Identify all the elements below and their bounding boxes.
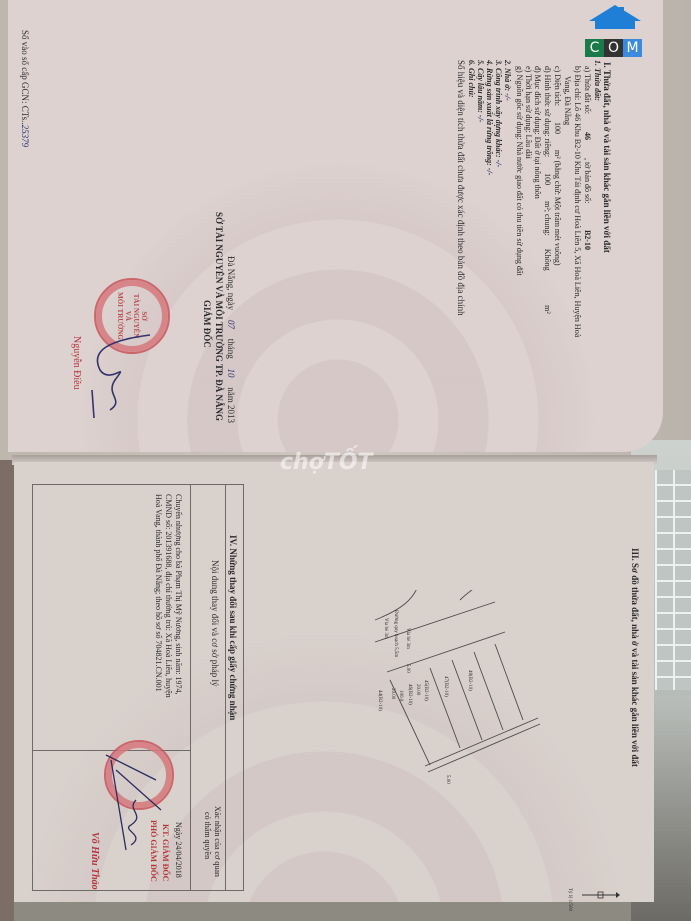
serial-number: Số vào sổ cấp GCN: CTs..25379 — [19, 30, 30, 147]
col-header-content: Nội dung thay đổi và cơ sở pháp lý — [209, 560, 220, 687]
term-label: e) Thời hạn sử dụng: — [524, 66, 533, 133]
term-value: Lâu dài — [524, 135, 533, 159]
area-label: c) Diện tích: — [553, 66, 562, 106]
item4-forest: 4. Rừng sản xuất là rừng trồng: -/- — [484, 60, 494, 175]
area-line: c) Diện tích: 100 m² (bằng chữ: Một trăm… — [552, 66, 562, 266]
usage-unit: m² — [542, 284, 552, 314]
parcel-label-46: 46(B2-10) — [407, 684, 412, 705]
usage-shared-label: m²; chung: — [543, 201, 552, 236]
serial-value: 25379 — [20, 125, 30, 148]
tinbds-logo: C O M — [585, 5, 645, 57]
signer-position: GIÁM ĐỐC — [201, 300, 212, 348]
house-roof-icon — [589, 5, 641, 21]
origin-value: Nhà nước giao đất có thu tiền sử dụng đấ… — [515, 142, 524, 276]
purpose-value: Đất ở tại nông thôn — [533, 137, 542, 199]
parcel-dim-20b: 20.00 — [415, 684, 420, 695]
logo-letter-o: O — [604, 39, 623, 57]
usage-form-line: d) Hình thức sử dụng: riêng: 100 m²; chu… — [542, 66, 552, 314]
logo-com-text: C O M — [585, 39, 642, 57]
origin-label: g) Nguồn gốc sử dụng: — [515, 66, 524, 140]
col-header-confirm-1: Xác nhận của cơ quan — [212, 806, 222, 877]
parcel-label-47: 47(B2-10) — [443, 676, 448, 697]
item3-value: -/- — [494, 160, 503, 168]
parcel-label-45: 45(B2-10) — [423, 680, 428, 701]
parcel-area: 100.0 — [398, 690, 403, 701]
logo-letter-c: C — [585, 39, 604, 57]
usage-form-label: d) Hình thức sử dụng: riêng: — [543, 66, 552, 157]
origin-line: g) Nguồn gốc sử dụng: Nhà nước giao đất … — [514, 66, 524, 276]
section-i-title: I. Thửa đất, nhà ở và tài sản khác gắn l… — [601, 62, 612, 253]
purpose-line: đ) Mục đích sử dụng: Đất ở tại nông thôn — [532, 66, 542, 199]
section-i-note: Số hiệu và diện tích thửa đất chưa được … — [455, 60, 466, 316]
north-arrow-icon — [580, 885, 620, 905]
item5-label: 5. Cây lâu năm: — [476, 60, 485, 113]
parcel-label-44: 44(B2-10) — [377, 690, 382, 711]
address-label: b) Địa chỉ: — [573, 66, 582, 100]
confirm-signer: Võ Hữu Thảo — [89, 832, 100, 890]
change-entry-line1: Chuyển nhượng cho bà Phạm Thị Mỹ Nương, … — [173, 494, 183, 695]
map-sheet-label: , tờ bản đồ số: — [582, 158, 592, 228]
chimney-icon — [619, 7, 624, 15]
chotot-watermark: chợTỐT — [280, 450, 373, 475]
parcel-no-label: a) Thửa đất số: — [583, 66, 592, 114]
purpose-label: đ) Mục đích sử dụng: — [533, 66, 542, 135]
house-body-icon — [595, 21, 635, 29]
change-entry-line3: Hoà Vang, thành phố Đà Nẵng; theo hồ sơ … — [153, 494, 163, 692]
usage-shared: Không — [542, 238, 552, 282]
area-value: 100 — [552, 108, 562, 148]
term-line: e) Thời hạn sử dụng: Lâu dài — [523, 66, 533, 159]
item2-label: 2. Nhà ở: — [503, 60, 512, 91]
map-scale: Tỷ lệ 1/500 — [567, 888, 572, 911]
item5-value: -/- — [476, 115, 485, 123]
sidewalk-label-1: Vỉa hè 3m — [383, 618, 388, 639]
logo-letter-m: M — [623, 39, 642, 57]
item4-value: -/- — [485, 168, 494, 176]
signer-name: Nguyễn Điều — [71, 336, 82, 390]
date-day: 07 — [225, 312, 236, 336]
issue-date: Đà Nẵng, ngày 07 tháng 10 năm 2013 — [225, 256, 236, 423]
parcel-dim-5b: 5.00 — [445, 775, 450, 784]
issuing-agency: SỞ TÀI NGUYÊN VÀ MÔI TRƯỜNG TP. ĐÀ NẴNG — [213, 212, 224, 421]
signature-director — [80, 330, 160, 420]
serial-label: Số vào sổ cấp GCN: CTs — [20, 30, 30, 120]
signature-deputy — [96, 750, 176, 860]
parcel-label-48: 48(B2-10) — [467, 670, 472, 691]
item4-label: 4. Rừng sản xuất là rừng trồng: — [485, 60, 494, 166]
item2-house: 2. Nhà ở: -/- — [502, 60, 512, 101]
year-label: năm 2013 — [226, 387, 236, 423]
item5-perennial-trees: 5. Cây lâu năm: -/- — [475, 60, 485, 122]
area-text: m² (bằng chữ: Một trăm mét vuông) — [553, 150, 562, 266]
table-divider-v — [225, 485, 226, 890]
address-line2: Vang, Đà Nẵng — [562, 76, 572, 125]
parcel-no: 46 — [582, 116, 592, 156]
item3-other-construction: 3. Công trình xây dựng khác: -/- — [493, 60, 503, 167]
address-line1: b) Địa chỉ: Lô 46 Khu B2-10 Khu Tái định… — [572, 66, 582, 337]
section-iii-title: III. Sơ đồ thửa đất, nhà ở và tài sản kh… — [629, 548, 640, 767]
usage-private: 100 — [542, 159, 552, 199]
parcel-line: a) Thửa đất số: 46 , tờ bản đồ số: B2-10 — [582, 66, 592, 250]
table-divider-v2 — [190, 485, 191, 890]
map-sheet: B2-10 — [583, 230, 592, 250]
change-entry-line2: CMND số: 201391688, địa chỉ thường trú: … — [163, 494, 173, 698]
background-floor — [0, 460, 14, 921]
item1-label: 1. Thửa đất: — [592, 60, 602, 101]
item6-notes: 6. Ghi chú: — [466, 60, 476, 98]
date-prefix: Đà Nẵng, ngày — [226, 256, 236, 310]
background-tiles — [655, 470, 691, 690]
parcel-dim-20: 20.00 — [390, 688, 395, 699]
month-label: tháng — [226, 339, 236, 359]
road-label: Đường quy hoạch 5,5m — [393, 610, 398, 657]
section-iv-title: IV. Những thay đổi sau khi cấp giấy chứn… — [227, 535, 238, 720]
item3-label: 3. Công trình xây dựng khác: — [494, 60, 503, 158]
sidewalk-label-2: Vỉa hè 3m — [405, 628, 410, 649]
date-month: 10 — [225, 361, 236, 385]
address-value: Lô 46 Khu B2-10 Khu Tái định cư Hoà Liên… — [573, 102, 582, 337]
item2-value: -/- — [503, 93, 512, 101]
col-header-confirm-2: có thẩm quyền — [202, 812, 212, 859]
parcel-dim-5a: 5.00 — [405, 664, 410, 673]
